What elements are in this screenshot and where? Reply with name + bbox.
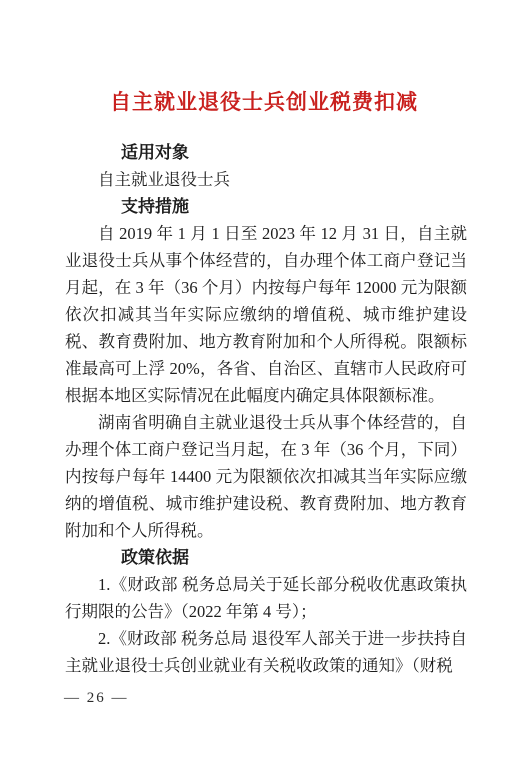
paragraph-national-policy: 自 2019 年 1 月 1 日至 2023 年 12 月 31 日，自主就业退… bbox=[65, 220, 467, 409]
section-heading-support-measures: 支持措施 bbox=[65, 193, 467, 220]
section-policy-basis: 政策依据 1.《财政部 税务总局关于延长部分税收优惠政策执行期限的公告》（202… bbox=[65, 544, 467, 679]
section-applicable-targets: 适用对象 自主就业退役士兵 bbox=[65, 139, 467, 193]
section-heading-applicable-targets: 适用对象 bbox=[65, 139, 467, 166]
section-support-measures: 支持措施 自 2019 年 1 月 1 日至 2023 年 12 月 31 日，… bbox=[65, 193, 467, 544]
document-body: 适用对象 自主就业退役士兵 支持措施 自 2019 年 1 月 1 日至 202… bbox=[65, 139, 467, 679]
paragraph-hunan-policy: 湖南省明确自主就业退役士兵从事个体经营的，自办理个体工商户登记当月起，在 3 年… bbox=[65, 409, 467, 544]
policy-basis-item-1: 1.《财政部 税务总局关于延长部分税收优惠政策执行期限的公告》（2022 年第 … bbox=[65, 571, 467, 625]
page-number: — 26 — bbox=[64, 688, 129, 708]
paragraph-applicable-targets: 自主就业退役士兵 bbox=[65, 166, 467, 193]
section-heading-policy-basis: 政策依据 bbox=[65, 544, 467, 571]
document-page: 自主就业退役士兵创业税费扣减 适用对象 自主就业退役士兵 支持措施 自 2019… bbox=[0, 0, 528, 767]
page-title: 自主就业退役士兵创业税费扣减 bbox=[0, 0, 528, 118]
policy-basis-item-2: 2.《财政部 税务总局 退役军人部关于进一步扶持自主就业退役士兵创业就业有关税收… bbox=[65, 625, 467, 679]
